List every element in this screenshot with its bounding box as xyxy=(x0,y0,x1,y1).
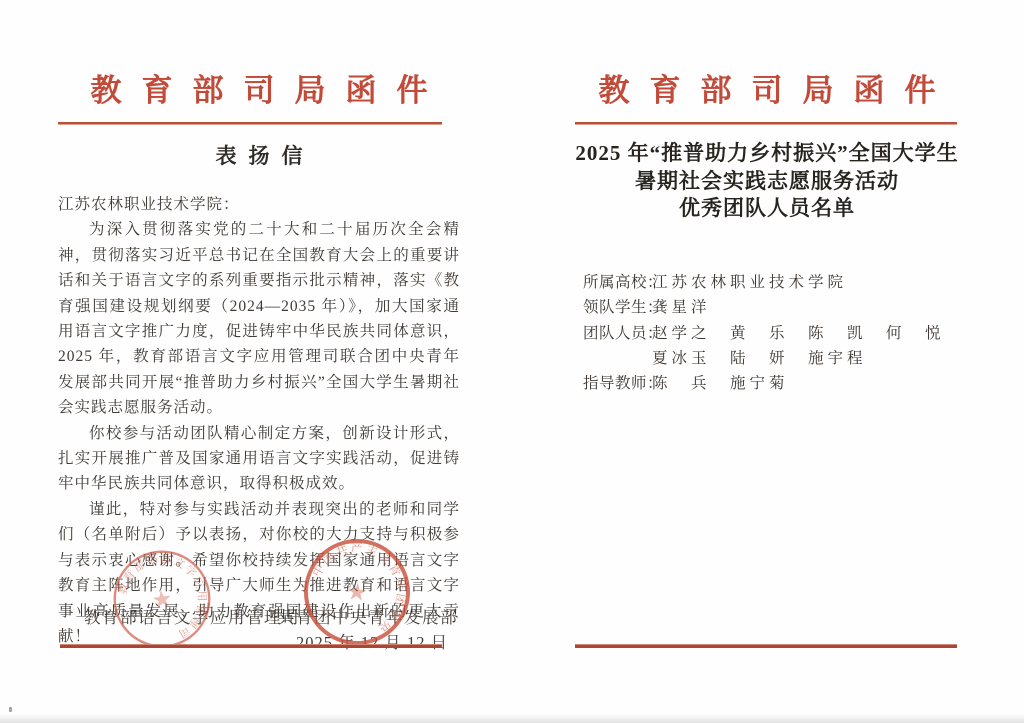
roster-value: 陈 兵 施宁菊 xyxy=(650,371,789,396)
roster-title-line-2: 暑期社会实践志愿服务活动 xyxy=(575,168,959,196)
page-roster: 教育部司局函件 2025 年“推普助力乡村振兴”全国大学生 暑期社会实践志愿服务… xyxy=(575,60,959,660)
letter-paragraph-1: 为深入贯彻落实党的二十大和二十届历次全会精神，贯彻落实习近平总书记在全国教育大会… xyxy=(58,217,460,420)
letterhead-rule-right xyxy=(575,122,957,125)
commendation-letter-title: 表扬信 xyxy=(58,142,460,170)
letterhead-title-right: 教育部司局函件 xyxy=(575,60,959,110)
roster-list: 所属高校： 江苏农林职业技术学院 领队学生： 龚星洋 团队人员： 赵学之 黄 乐… xyxy=(583,270,945,396)
footer-rule-left xyxy=(60,644,442,648)
roster-row-team-leader: 领队学生： 龚星洋 xyxy=(583,295,945,320)
letter-body: 江苏农林职业技术学院： 为深入贯彻落实党的二十大和二十届历次全会精神，贯彻落实习… xyxy=(58,192,460,649)
roster-label: 指导教师： xyxy=(583,371,650,396)
roster-label: 团队人员： xyxy=(583,321,650,346)
scan-edge-shadow xyxy=(0,714,1024,723)
letter-paragraph-2: 你校参与活动团队精心制定方案，创新设计形式，扎实开展推广普及国家通用语言文字实践… xyxy=(58,421,460,497)
roster-value: 赵学之 黄 乐 陈 凯 何 悦 xyxy=(650,321,945,346)
letter-addressee: 江苏农林职业技术学院： xyxy=(58,192,460,217)
roster-title-line-1: 2025 年“推普助力乡村振兴”全国大学生 xyxy=(575,140,959,168)
scanned-document: 教育部司局函件 表扬信 江苏农林职业技术学院： 为深入贯彻落实党的二十大和二十届… xyxy=(0,0,1024,723)
letterhead-rule-left xyxy=(58,122,442,125)
scan-artifact-speck xyxy=(9,707,12,712)
roster-row-team-members: 团队人员： 赵学之 黄 乐 陈 凯 何 悦 xyxy=(583,321,945,346)
page-commendation-letter: 教育部司局函件 表扬信 江苏农林职业技术学院： 为深入贯彻落实党的二十大和二十届… xyxy=(58,60,460,660)
footer-rule-right xyxy=(575,644,957,648)
roster-title-line-3: 优秀团队人员名单 xyxy=(575,195,959,223)
roster-label: 领队学生： xyxy=(583,295,650,320)
roster-row-advisors: 指导教师： 陈 兵 施宁菊 xyxy=(583,371,945,396)
roster-value: 夏冰玉 陆 妍 施宇程 xyxy=(650,346,867,371)
roster-title: 2025 年“推普助力乡村振兴”全国大学生 暑期社会实践志愿服务活动 优秀团队人… xyxy=(575,140,959,223)
roster-value: 龚星洋 xyxy=(650,295,711,320)
letterhead-title-left: 教育部司局函件 xyxy=(58,60,460,110)
roster-value: 江苏农林职业技术学院 xyxy=(650,270,847,295)
signature-date: 2025 年 12 月 12 日 xyxy=(296,629,448,653)
signature-org-youth-league: 共青团中央青年发展部 xyxy=(278,604,458,628)
roster-row-school: 所属高校： 江苏农林职业技术学院 xyxy=(583,270,945,295)
signature-org-language-dept: 教育部语言文字应用管理司 xyxy=(84,604,300,628)
roster-label: 所属高校： xyxy=(583,270,650,295)
roster-row-team-members-cont: 夏冰玉 陆 妍 施宇程 xyxy=(583,346,945,371)
